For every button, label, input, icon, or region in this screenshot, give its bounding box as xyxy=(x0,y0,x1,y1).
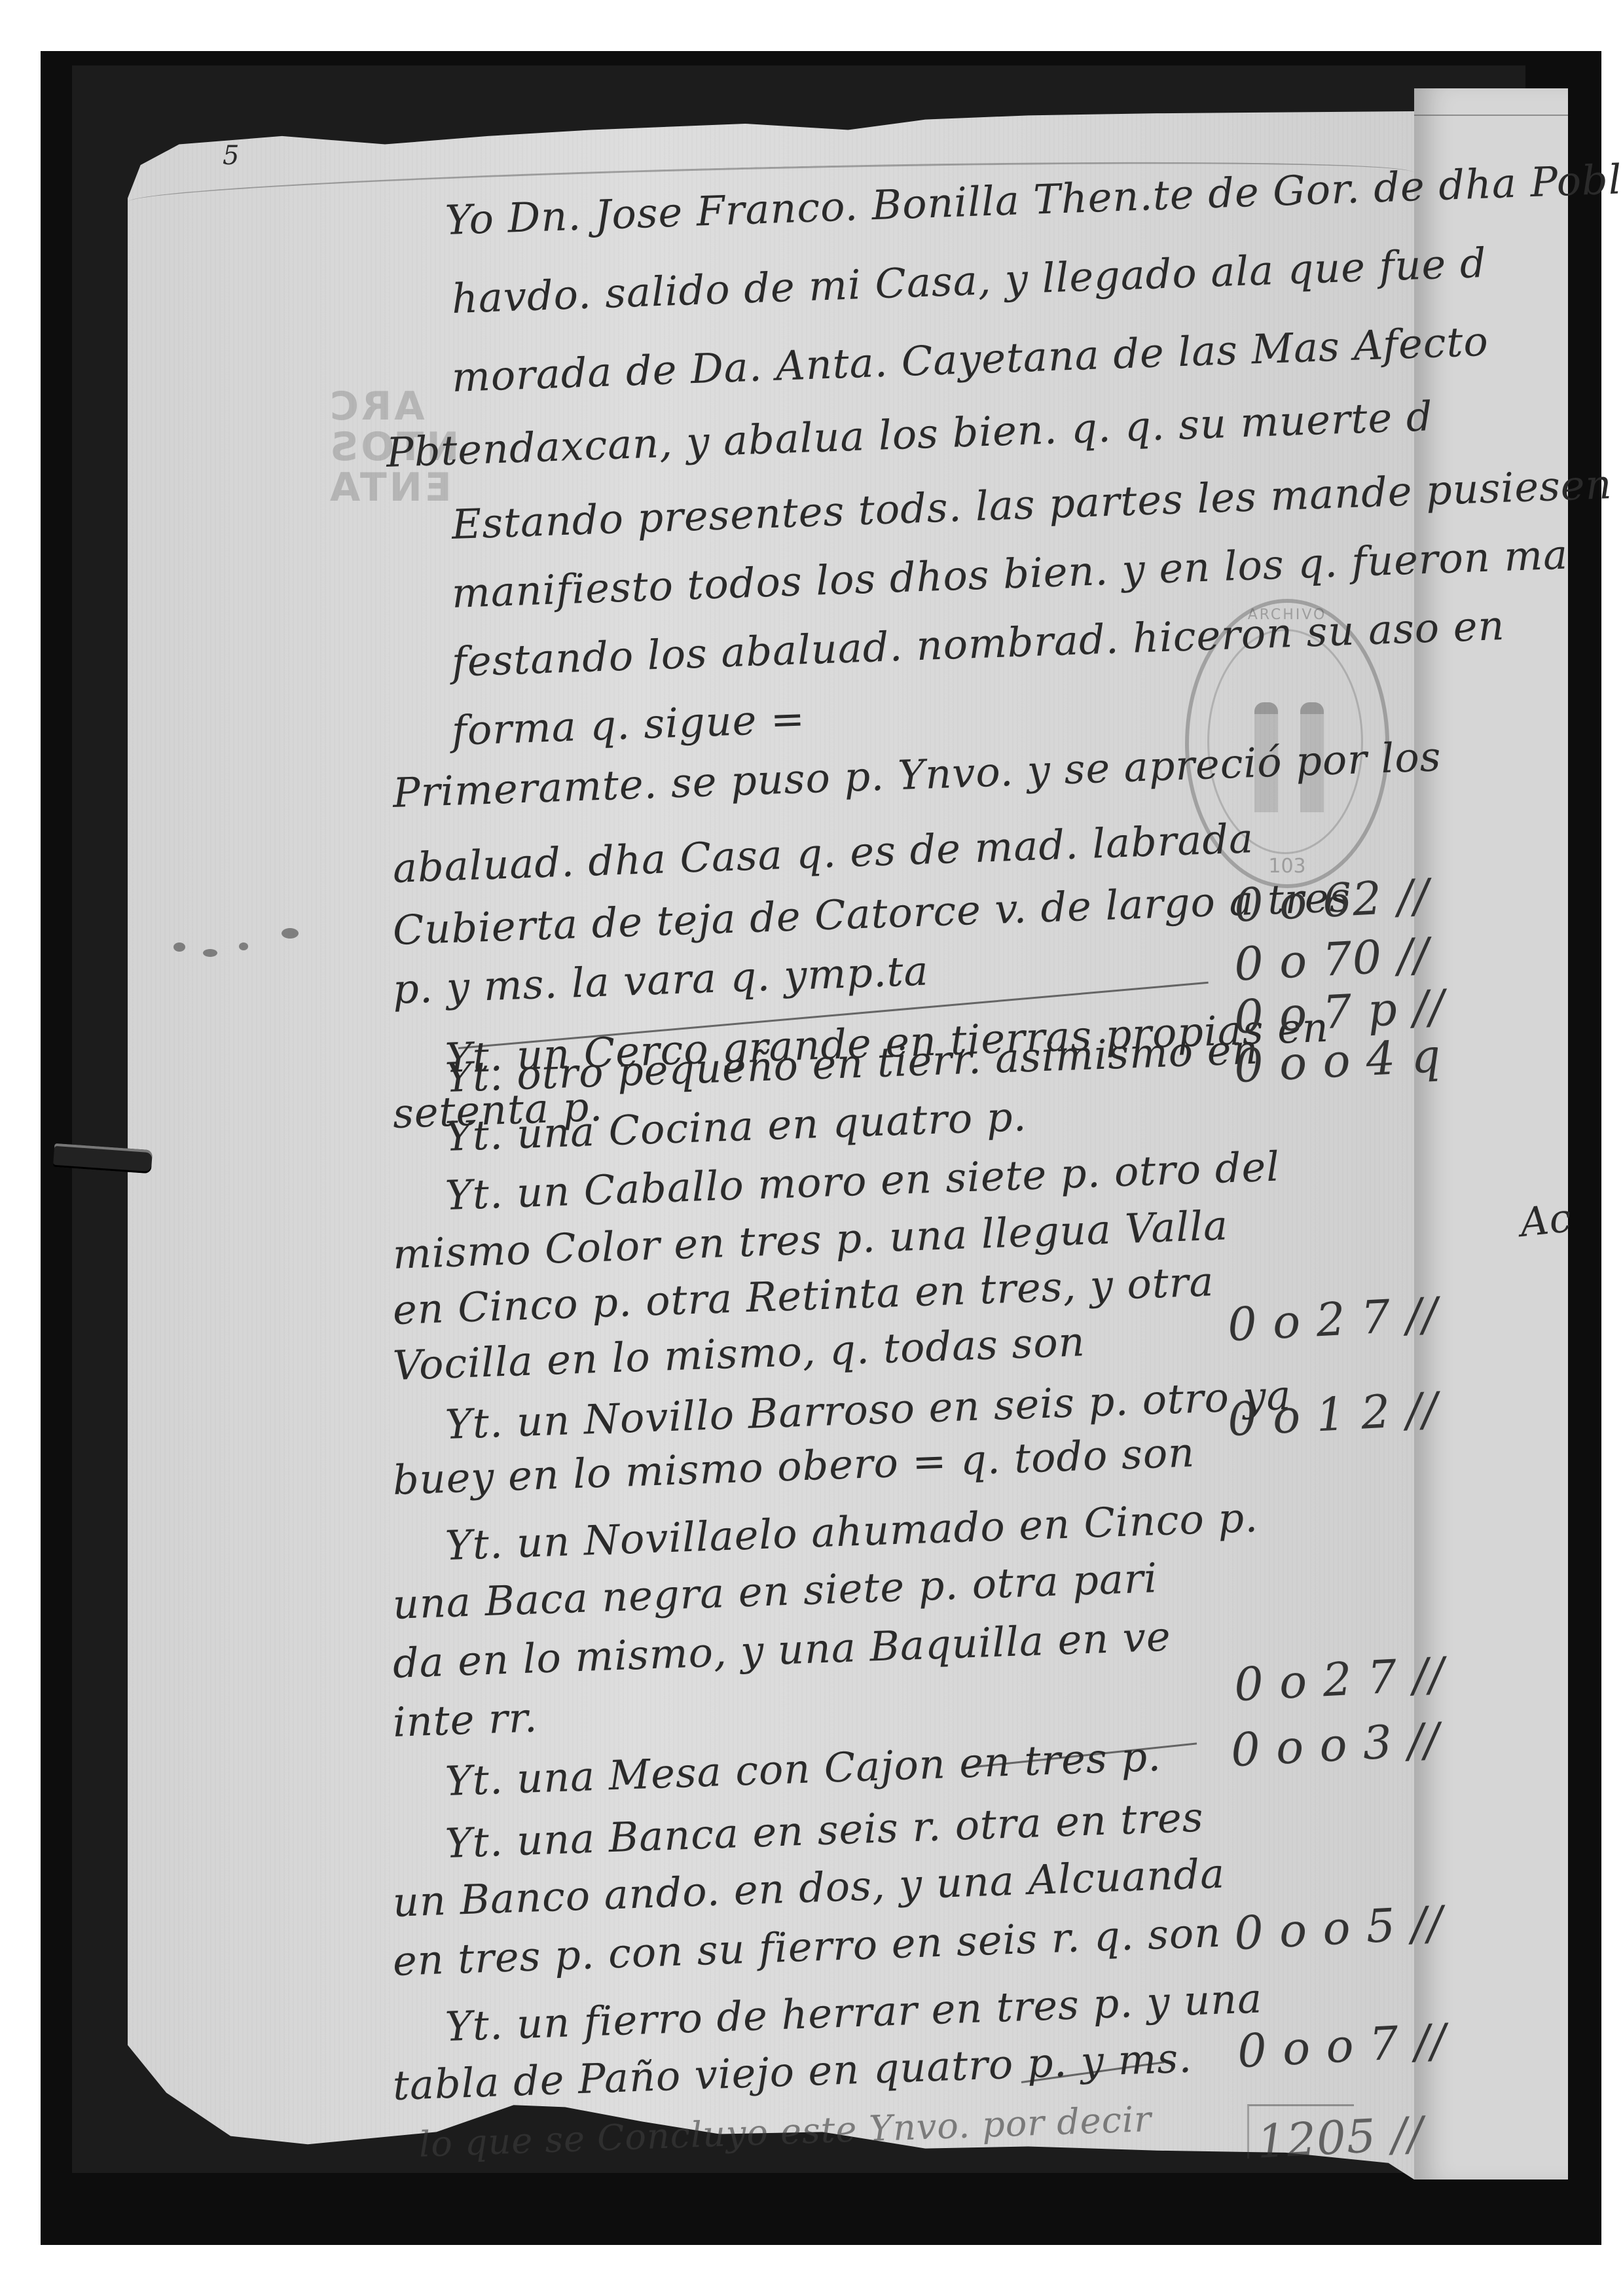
item-amount: 0 o o 5 // xyxy=(1233,1896,1444,1961)
ink-blot xyxy=(203,949,217,957)
footer-total: 1205 // xyxy=(1256,2106,1425,2168)
ink-blot xyxy=(239,942,248,950)
ink-blot xyxy=(173,942,185,952)
item-amount: 0 o 2 7 // xyxy=(1233,1647,1446,1712)
adjacent-page-fold xyxy=(1414,115,1568,116)
adjacent-page-fragment: Ac xyxy=(1518,1195,1575,1246)
ink-blot xyxy=(282,928,299,939)
item-amount: 0 o o 4 q xyxy=(1233,1029,1442,1093)
item-amount: 0 o 1 2 // xyxy=(1226,1382,1440,1447)
item-line: inte rr. xyxy=(392,1693,539,1746)
item-amount: 0 o o 7 // xyxy=(1236,2014,1448,2079)
margin-mark: 5 xyxy=(223,141,240,171)
adjacent-page-strip xyxy=(1414,88,1568,2179)
item-amount: 0 o 62 // xyxy=(1233,869,1431,933)
item-amount: 0 o 2 7 // xyxy=(1226,1287,1440,1352)
item-amount: 0 o o 3 // xyxy=(1230,1713,1441,1778)
